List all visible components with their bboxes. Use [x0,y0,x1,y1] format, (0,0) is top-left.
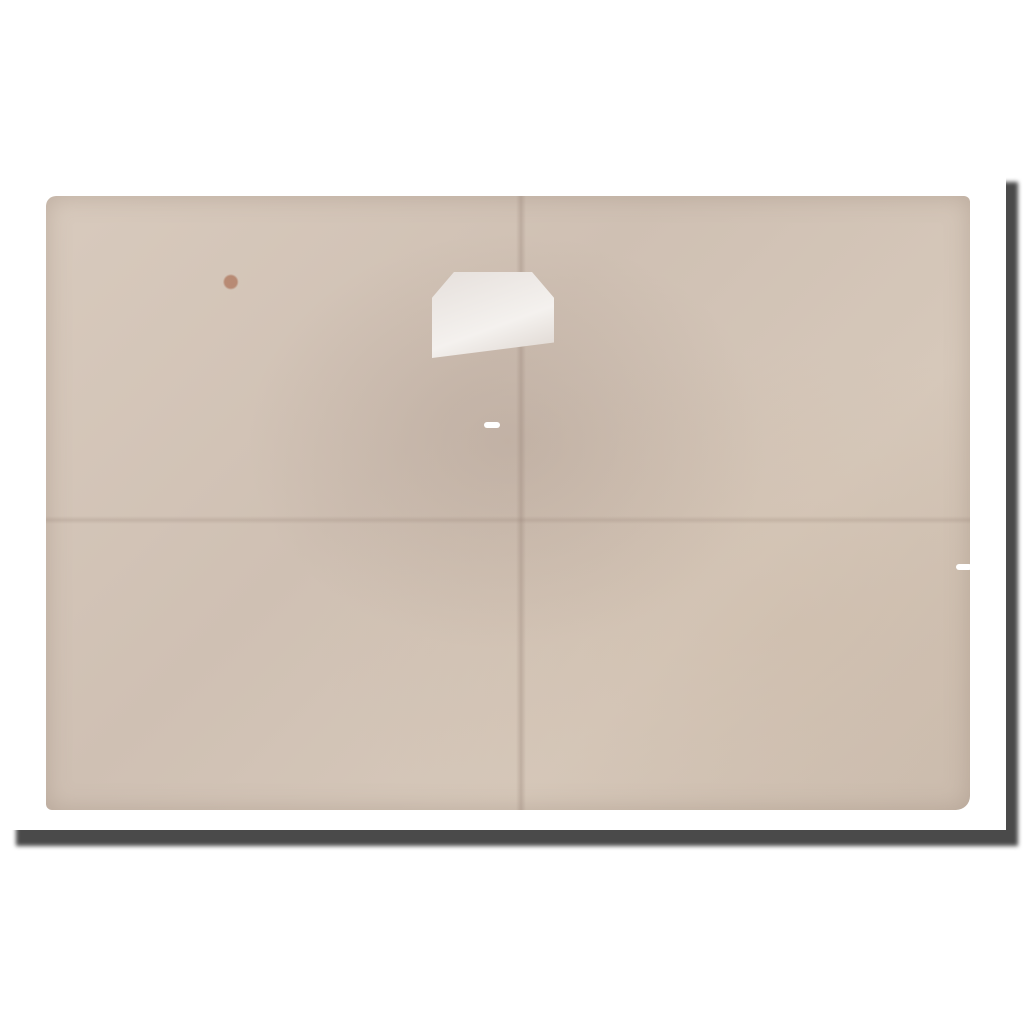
repair-patch [432,272,554,358]
hole [484,422,500,428]
paper-note [46,196,970,810]
edge-tear [956,564,972,570]
horizontal-fold [46,516,970,524]
